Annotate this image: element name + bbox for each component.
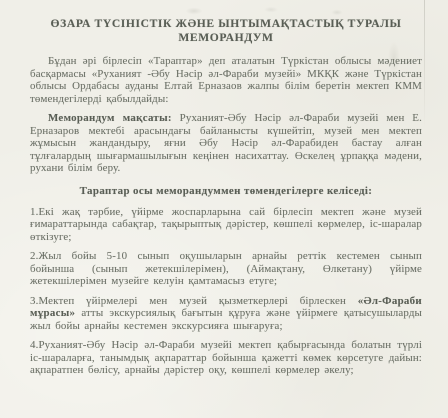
scanned-document-page: ӨЗАРА ТҮСІНІСТІК ЖӘНЕ ЫНТЫМАҚТАСТЫҚ ТУРА… (0, 0, 448, 418)
agreement-item-2: 2.Жыл бойы 5-10 сынып оқушыларын арнайы … (30, 250, 422, 288)
title-line-1: ӨЗАРА ТҮСІНІСТІК ЖӘНЕ ЫНТЫМАҚТАСТЫҚ ТУРА… (51, 17, 402, 30)
scan-artifact-line (424, 0, 425, 128)
purpose-paragraph: Меморандум мақсаты: Руханият-Әбу Нәсір ә… (30, 112, 422, 175)
agreement-heading: Тараптар осы меморандуммен төмендегілерг… (30, 185, 422, 197)
item-3-text-pre: 3.Мектеп үйірмелері мен музей қызметкерл… (30, 295, 358, 307)
agreement-item-3: 3.Мектеп үйірмелері мен музей қызметкерл… (30, 295, 422, 333)
scan-smudge-right (374, 28, 414, 88)
title-line-2: МЕМОРАНДУМ (178, 31, 273, 44)
purpose-lead-label: Меморандум мақсаты: (48, 112, 172, 124)
agreement-item-4: 4.Руханият-Әбу Нәсір әл-Фараби музейі ме… (30, 339, 422, 377)
intro-paragraph: Бұдан әрі бірлесіп «Тараптар» деп аталат… (30, 55, 422, 105)
agreement-item-1: 1.Екі жақ тәрбие, үйірме жоспарларына са… (30, 206, 422, 244)
item-3-text-post: атты экскурсиялық бағытын құруға және үй… (30, 307, 422, 332)
scan-smudge-top (150, 4, 370, 18)
document-title: ӨЗАРА ТҮСІНІСТІК ЖӘНЕ ЫНТЫМАҚТАСТЫҚ ТУРА… (30, 17, 422, 44)
